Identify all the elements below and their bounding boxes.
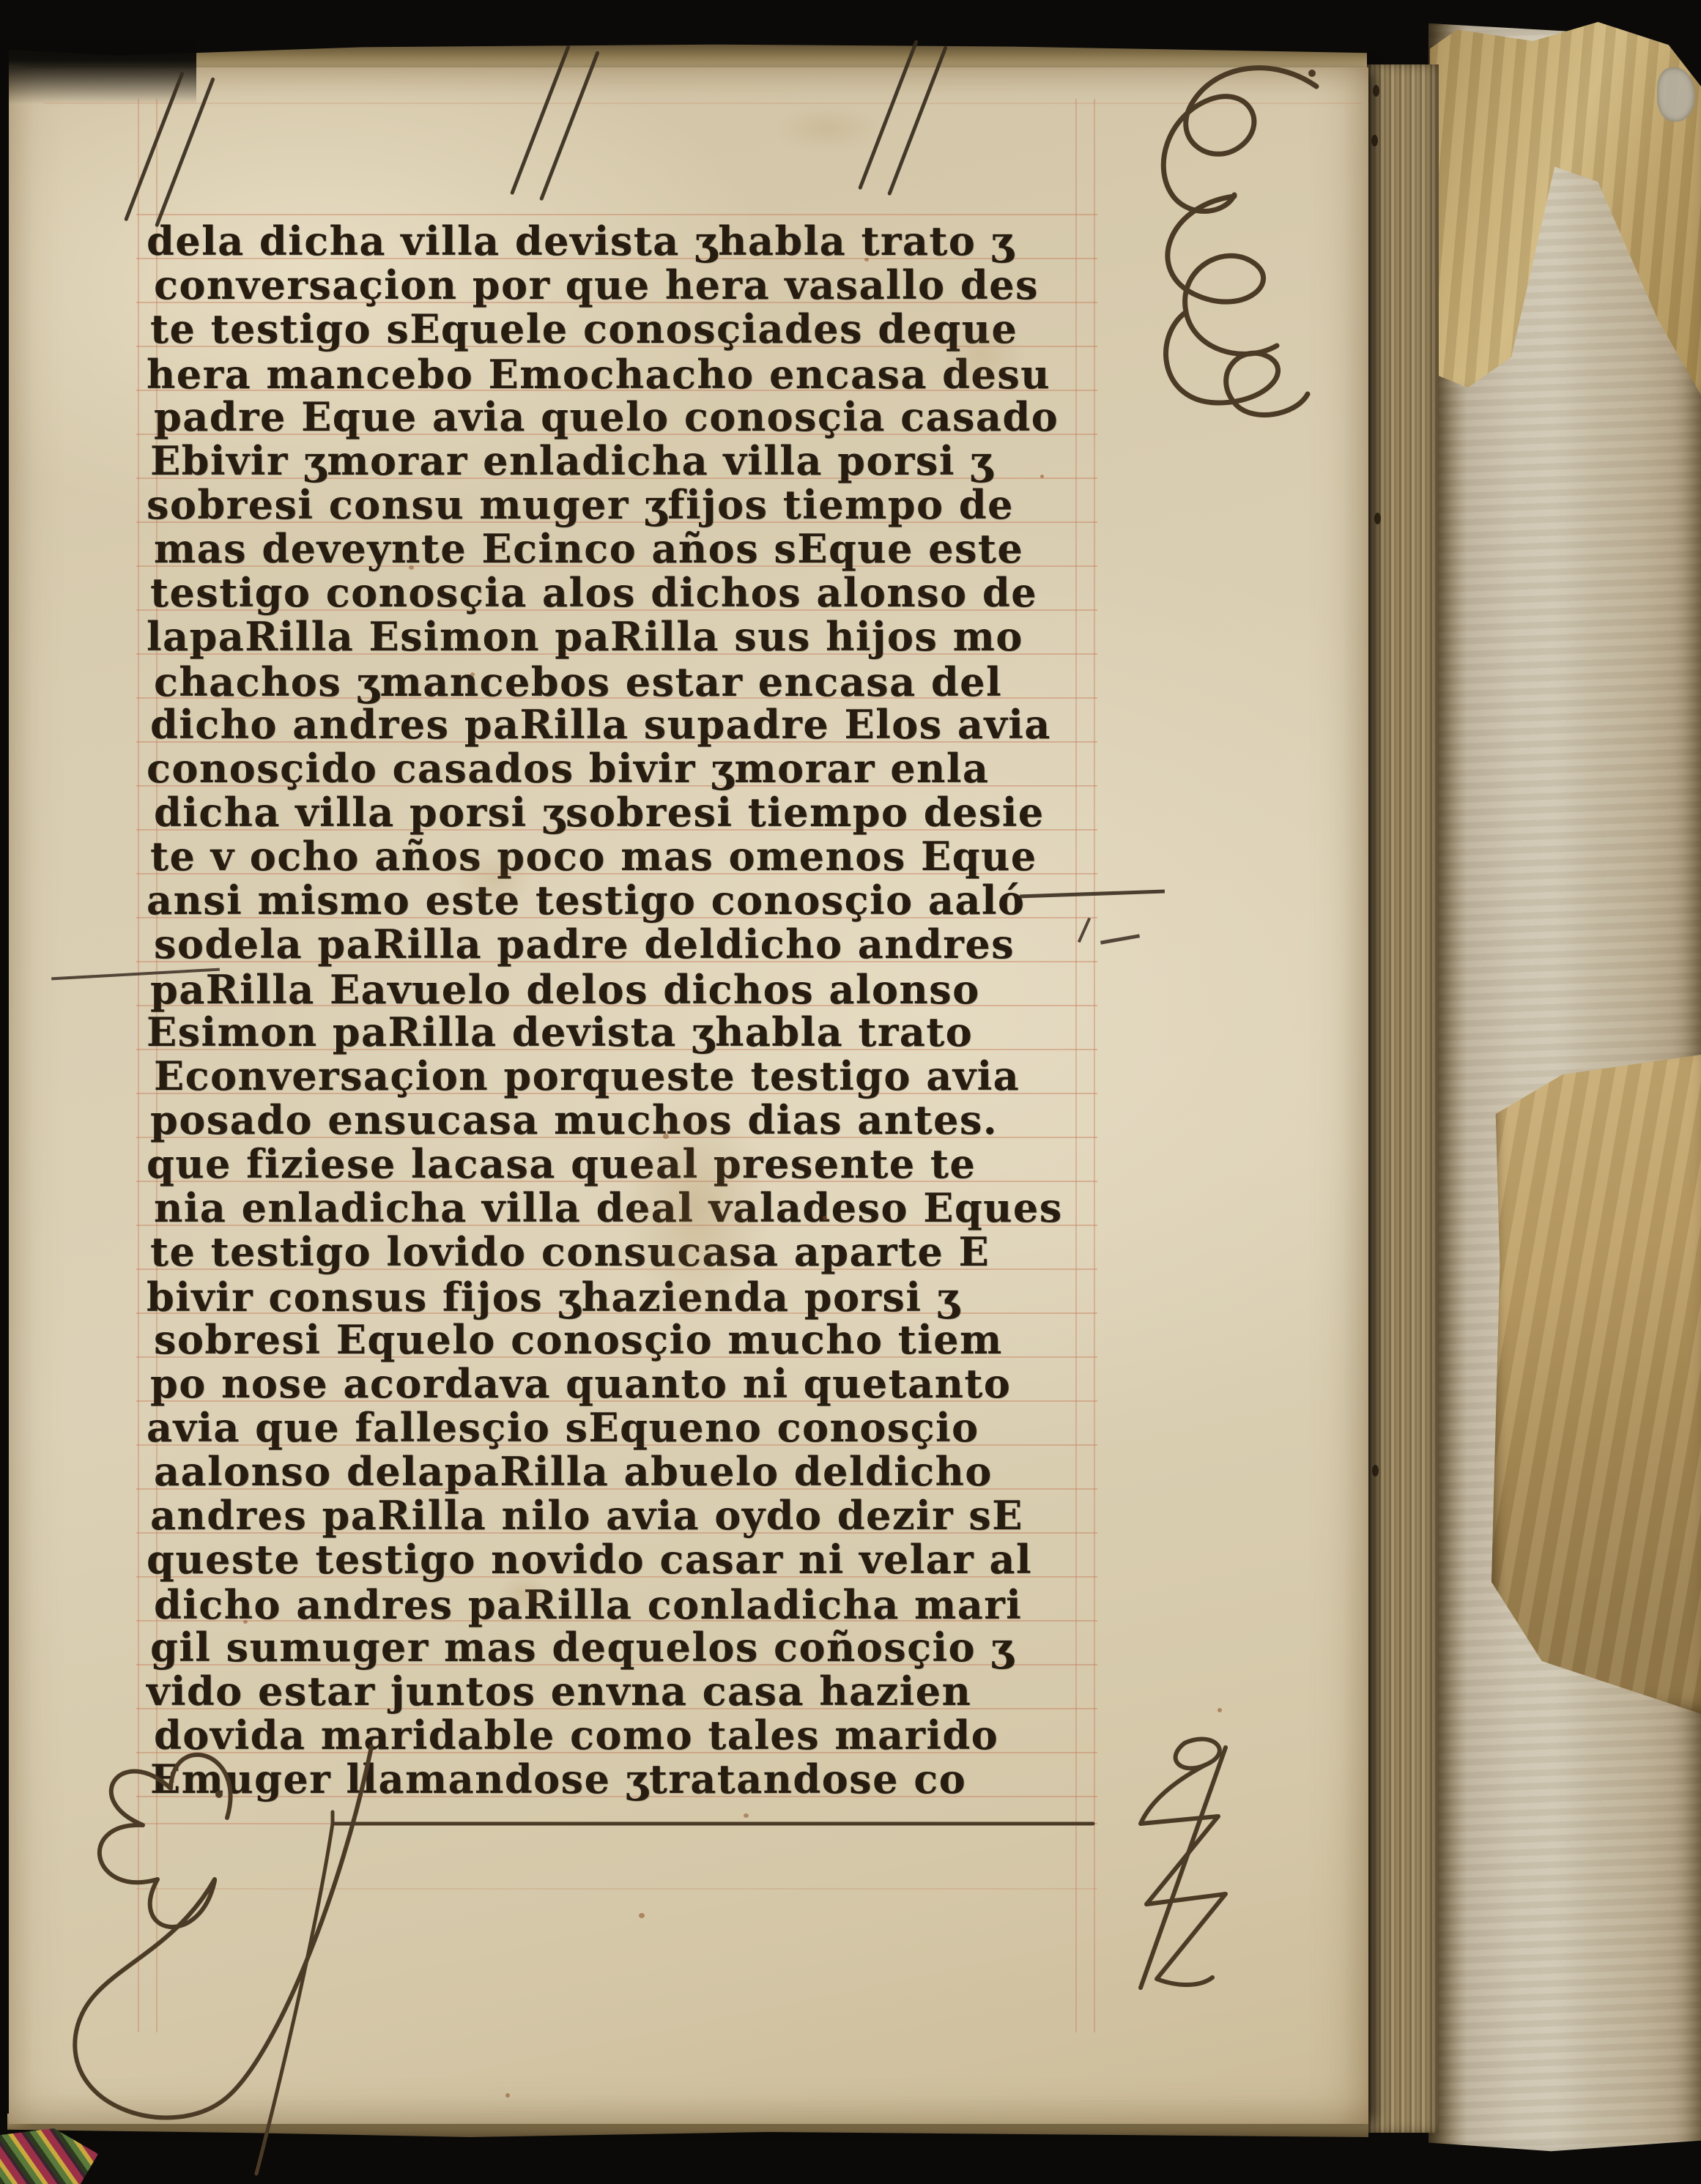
text-line-25: bivir consus fijos ʒhazienda porsi ʒ [147,1276,960,1318]
text-line-17: sodela paRilla padre deldicho andres [154,923,1015,965]
text-line-9: testigo conosçia alos dichos alonso de [150,571,1037,614]
text-line-26: sobresi Equelo conosçio mucho tiem [154,1318,1003,1361]
text-line-15: te v ocho años poco mas omenos Eque [150,835,1037,877]
text-line-14: dicha villa porsi ʒsobresi tiempo desie [154,791,1045,833]
photo-background: dela dicha villa devista ʒhabla trato ʒc… [0,0,1701,2184]
text-line-1: dela dicha villa devista ʒhabla trato ʒ [147,220,1015,262]
bottom-right-zigzag-rubric [1095,1730,1278,2016]
text-line-23: nia enladicha villa deal valadeso Eques [154,1186,1063,1229]
text-line-33: gil sumuger mas dequelos coñosçio ʒ [150,1626,1015,1668]
text-line-10: lapaRilla Esimon paRilla sus hijos mo [147,615,1023,658]
text-line-18: paRilla Eavuelo delos dichos alonso [150,968,980,1011]
foxing-speck [505,2093,510,2098]
backdrop-shadow [0,41,196,104]
text-line-24: te testigo lovido consucasa aparte E [150,1230,990,1273]
text-line-32: dicho andres paRilla conladicha mari [154,1583,1022,1626]
fore-edge-mark [1372,1465,1379,1477]
text-line-28: avia que fallesçio sEqueno conosçio [147,1406,979,1449]
cover-fold-flap [1491,1055,1701,1714]
foxing-speck [663,1134,669,1139]
foxing-speck [1218,1708,1222,1712]
text-line-20: Econversaçion porqueste testigo avia [154,1055,1020,1097]
foxing-speck [243,1620,248,1624]
text-line-21: posado ensucasa muchos dias antes. [150,1099,998,1141]
foxing-speck [409,565,414,570]
fore-edge-mark [1373,85,1379,97]
text-line-11: chachos ʒmancebos estar encasa del [154,661,1002,703]
text-line-34: vido estar juntos envna casa hazien [147,1670,971,1712]
foxing-speck [470,672,475,677]
text-line-7: sobresi consu muger ʒfijos tiempo de [147,483,1014,526]
text-line-8: mas deveynte Ecinco años sEque este [154,527,1023,570]
foxing-speck [639,1913,645,1918]
text-line-6: Ebivir ʒmorar enladicha villa porsi ʒ [150,439,993,482]
foxing-speck [744,1813,749,1818]
text-block-fore-edge [1365,64,1439,2133]
text-line-19: Esimon paRilla devista ʒhabla trato [147,1011,973,1053]
foxing-speck [864,258,869,261]
text-line-31: queste testigo novido casar ni velar al [147,1538,1032,1581]
margin-rule-right [1075,99,1077,2032]
text-line-2: conversaçion por que hera vasallo des [154,264,1039,306]
text-line-16: ansi mismo este testigo conosçio aaló [147,879,1025,921]
fore-edge-mark [1371,135,1378,146]
text-line-22: que fiziese lacasa queal presente te [147,1143,976,1185]
text-line-4: hera mancebo Emochacho encasa desu [147,353,1050,395]
foxing-speck [823,1216,827,1220]
text-line-12: dicho andres paRilla supadre Elos avia [150,703,1051,746]
foxing-speck [1040,475,1044,478]
fore-edge-mark [1374,513,1381,524]
text-line-30: andres paRilla nilo avia oydo dezir sE [150,1494,1023,1537]
cover-patch [1657,67,1695,122]
text-line-29: aalonso delapaRilla abuelo deldicho [154,1450,993,1493]
text-line-3: te testigo sEquele conosçiades deque [150,308,1018,350]
text-line-27: po nose acordava quanto ni quetanto [150,1362,1011,1405]
foxing-speck [557,763,560,767]
text-line-5: padre Eque avia quelo conosçia casado [154,395,1059,438]
top-right-rubric-flourish [1124,57,1330,467]
text-line-13: conosçido casados bivir ʒmorar enla [147,747,989,790]
closing-bracket-line [249,1808,1102,2184]
